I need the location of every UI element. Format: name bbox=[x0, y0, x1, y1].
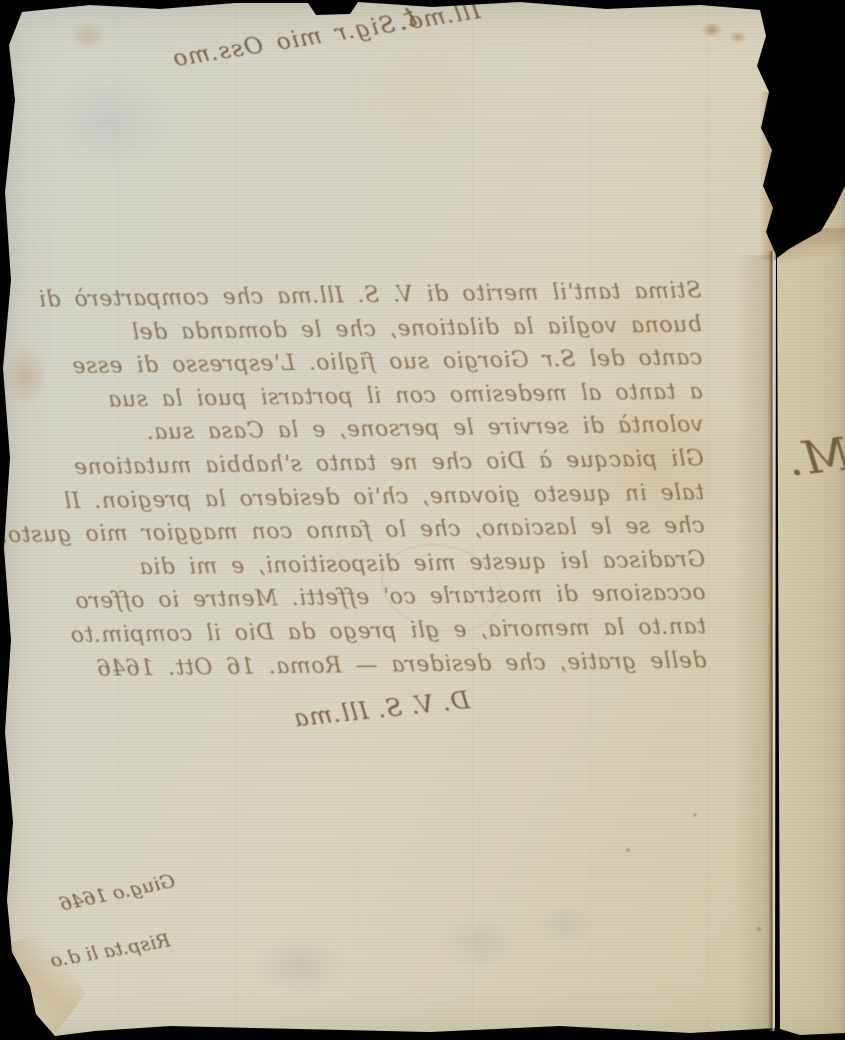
letter-sheet: Ill.mo Sig.r mio Oss.mo t. Stima tant'il… bbox=[0, 0, 845, 1040]
manuscript-scan: Ill.mo Sig.r mio Oss.mo t. Stima tant'il… bbox=[0, 0, 845, 1040]
strip-torn-edge bbox=[776, 228, 845, 264]
strip-ink-mark: M. bbox=[777, 426, 845, 487]
archival-note-1: Giug.o 1646 bbox=[55, 870, 177, 916]
torn-edge bbox=[748, 92, 780, 260]
fold-crease bbox=[768, 251, 775, 1031]
archival-note-2: Risp.ta li d.o bbox=[45, 929, 172, 972]
signature-handwriting: D. V. S. Ill.ma bbox=[354, 686, 471, 726]
address-heading-handwriting: Ill.mo Sig.r mio Oss.mo bbox=[148, 0, 482, 76]
body-handwriting: Stima tant'il merito di V. S. Ill.ma che… bbox=[25, 278, 707, 691]
